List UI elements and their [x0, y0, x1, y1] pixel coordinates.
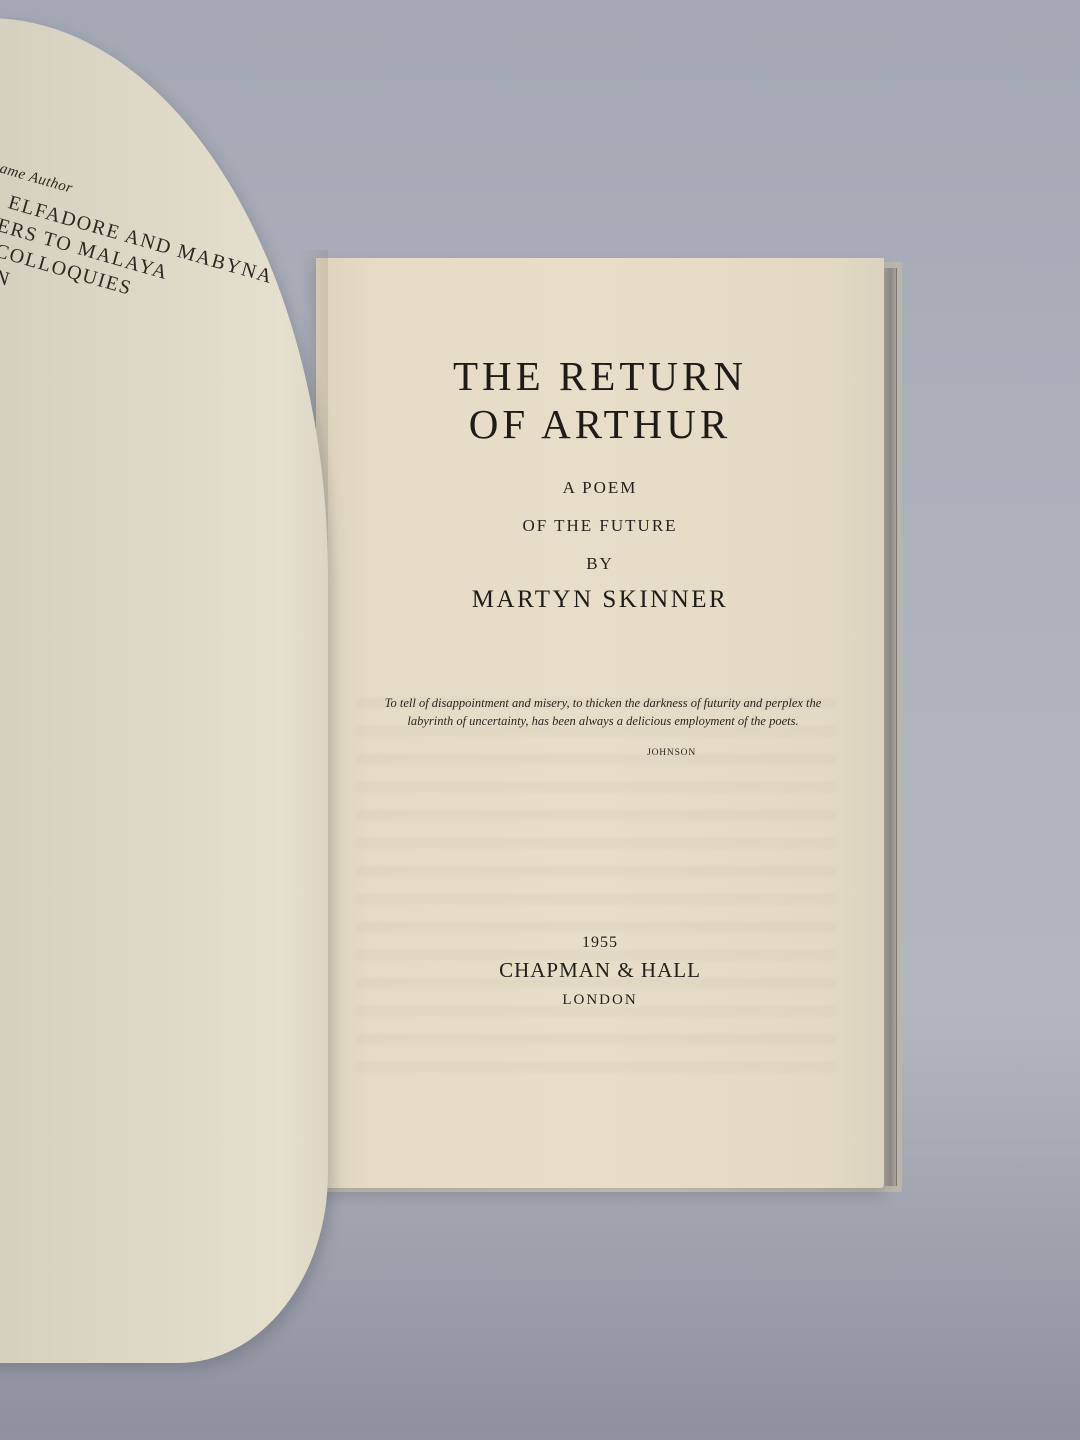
- show-through-text: [356, 698, 836, 1078]
- title-page: THE RETURN OF ARTHUR A POEM OF THE FUTUR…: [316, 258, 884, 1188]
- subtitle-line-1: A POEM: [316, 478, 884, 498]
- epigraph-attribution: JOHNSON: [606, 748, 696, 758]
- book-title: THE RETURN OF ARTHUR: [316, 352, 884, 448]
- publication-year: 1955: [316, 934, 884, 952]
- publisher-name: CHAPMAN & HALL: [316, 958, 884, 983]
- publisher-city: LONDON: [316, 992, 884, 1009]
- book-board-edge: [882, 268, 897, 1186]
- author-name: MARTYN SKINNER: [316, 586, 884, 614]
- by-line: BY: [316, 554, 884, 574]
- epigraph-quote: To tell of disappointment and misery, to…: [368, 694, 838, 730]
- title-line-1: THE RETURN: [316, 352, 884, 400]
- title-line-2: OF ARTHUR: [316, 400, 884, 448]
- book-photo: THE RETURN OF ARTHUR A POEM OF THE FUTUR…: [0, 0, 1080, 1440]
- subtitle-line-2: OF THE FUTURE: [316, 516, 884, 536]
